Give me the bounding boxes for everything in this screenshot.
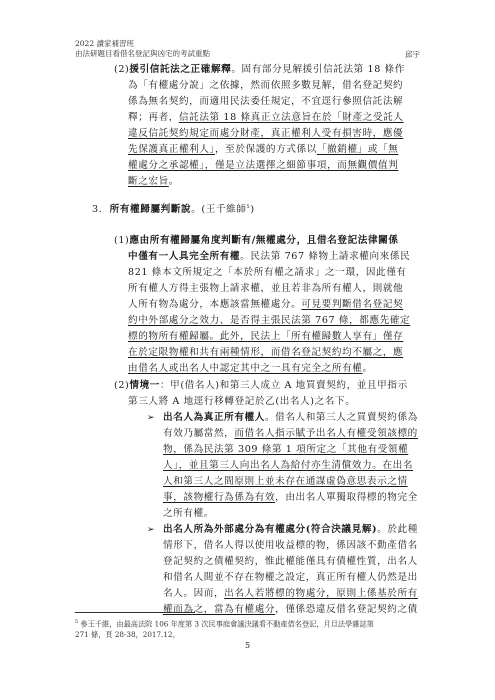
section-trust-law: (2)援引信託法之正確解釋。固有部分見解援引信託法第 18 條作 為「有權處分說…: [128, 62, 440, 190]
underlined-text: 由借名人或出名人中認定其中之一具有完全之所有權: [128, 363, 362, 374]
underlined-text: 人」，並且第三人向出名人為給付亦生清償效力。在出名: [163, 458, 440, 474]
text: 登記契約之債權契約，惟此權能僅具有債權性質，出名人: [163, 554, 440, 570]
text: 271 條，頁 28-38，2017.12。: [75, 629, 440, 640]
bullet-heading: 出名人所為外部處分為有權處分(符合決議見解): [163, 524, 377, 535]
text: ：甲(借名人)和第三人成立 A 地買賣契約，並且甲指示: [160, 380, 408, 391]
underlined-text: 違反信託契約規定而處分財產，真正權利人受有損害時，應優: [128, 126, 440, 142]
header-author: 邱宇: [405, 49, 420, 60]
text: 。民法第 767 條物上請求權向來係民: [240, 251, 410, 262]
text: ，由出名人單獨取得標的物完全: [275, 492, 418, 503]
item-heading: 援引信託法之正確解釋: [129, 64, 231, 75]
underlined-text: 人和第三人之間原則上並未存在通謀虛偽意思表示之情: [163, 474, 440, 490]
underlined-text: 事，該物權行為係為有效: [163, 492, 275, 503]
text: 釋；再者，: [128, 112, 179, 123]
text: 。(王千維師: [191, 204, 246, 215]
text: 821 條本文所規定之「本於所有權之請求」之一環，因此僅有: [128, 265, 440, 281]
underlined-text: 而借名人指示賦予出名人有權受領該標的: [234, 428, 418, 439]
underlined-text: 先保護真正權利人」: [128, 144, 215, 155]
bullet-heading: 出名人為真正所有權人: [163, 412, 265, 423]
text: 情形下，借名人得以使用收益標的物，係因該不動產借名: [163, 538, 440, 554]
underlined-text: 約中外部處分之效力、是否得主張民法第 767 條，都應先確定: [128, 313, 440, 329]
text: 。於此種: [377, 524, 418, 535]
item-label: (2): [114, 64, 129, 75]
text: 係為無名契約，而適用民法委任規定，不宜逕行參照信託法解: [128, 94, 440, 110]
item-heading: 中僅有一人具完全所有權: [128, 251, 240, 262]
underlined-text: 權處分之承認權」，僅是立法選擇之細節事項，而無觀價值判: [128, 158, 440, 174]
underlined-text: 出名人若將標的物處分，原則上係基於所有: [224, 588, 418, 599]
underlined-text: 在於定限物權和共有兩種情形，而借名登記契約均不屬之，應: [128, 345, 440, 361]
text: 人所有物為處分，本應該當無權處分。: [128, 299, 301, 310]
text: ，僅係恐違反借名登記契約之債: [275, 604, 418, 615]
underlined-text: 權而為之，當為有權處分: [163, 604, 275, 615]
bullet-2: 出名人所為外部處分為有權處分(符合決議見解)。於此種 情形下，借名人得以使用收益…: [163, 522, 440, 618]
section-heading-3: 3. 所有權歸屬判斷說。(王千維師5): [92, 199, 255, 218]
footnote: 5 參王千維，由最高法院 106 年度第 3 次民事庭會議決議看不動產借名登記，…: [75, 617, 440, 640]
section-title: 所有權歸屬判斷說: [110, 204, 192, 215]
text: 第三人將 A 地逕行移轉登記於乙(出名人)之名下。: [128, 394, 440, 410]
text: ，至於保護的方式係以: [215, 144, 317, 155]
underlined-text: 物，係為民法第 309 條第 1 項所定之「其他有受領權: [163, 442, 440, 458]
footnote-divider: [75, 612, 195, 613]
bullet-arrow-icon: ➢: [147, 413, 155, 423]
underlined-text: 信託法第 18 條真正立法意旨在於「財產之受託人: [179, 112, 404, 123]
text: 有效乃屬當然，: [163, 428, 234, 439]
item-heading: 情境一: [129, 380, 160, 391]
underlined-text: 斷之宏旨: [128, 176, 169, 187]
item-heading: 應由所有權歸屬角度判斷有/無權處分，且借名登記法律關係: [129, 235, 398, 246]
item-1: (1)應由所有權歸屬角度判斷有/無權處分，且借名登記法律關係 中僅有一人具完全所…: [128, 233, 440, 377]
text: 所有權人方得主張物上請求權，並且若非為所有權人，則就他: [128, 281, 440, 297]
item-2: (2)情境一：甲(借名人)和第三人成立 A 地買賣契約，並且甲指示 第三人將 A…: [128, 378, 440, 410]
text: 。: [169, 176, 179, 187]
text: 之所有權。: [163, 506, 440, 522]
underlined-text: 可見要判斷借名登記契: [301, 299, 403, 310]
text: 和借名人間並不存在物權之設定，真正所有權人仍然是出: [163, 570, 440, 586]
bullet-1: 出名人為真正所有權人。借名人和第三人之買賣契約係為 有效乃屬當然，而借名人指示賦…: [163, 410, 440, 522]
underlined-text: 「撤銷權」或「無: [317, 144, 399, 155]
text: ): [250, 204, 254, 215]
item-label: (1): [114, 235, 129, 246]
header-topic: 由法研題目看借名登記與凶宅的考試重點: [75, 49, 210, 59]
text: 參王千維，由最高法院 106 年度第 3 次民事庭會議決議看不動產借名登記，月旦…: [78, 619, 374, 628]
bullet-arrow-icon: ➢: [147, 525, 155, 535]
text: 名人。因而，: [163, 588, 224, 599]
page-number: 5: [0, 641, 495, 650]
section-number: 3.: [92, 204, 102, 215]
text: 。: [362, 363, 372, 374]
underlined-text: 標的物所有權歸屬。此外，民法上「所有權歸數人享有」僅存: [128, 329, 440, 345]
text: 。固有部分見解援引信託法第 18 條作: [231, 64, 405, 75]
text: 為「有權處分說」之依據，然而依照多數見解，借名登記契約: [128, 78, 440, 94]
item-label: (2): [114, 380, 129, 391]
text: 。借名人和第三人之買賣契約係為: [265, 412, 418, 423]
header-course: 2022 讀家補習班: [75, 39, 134, 49]
